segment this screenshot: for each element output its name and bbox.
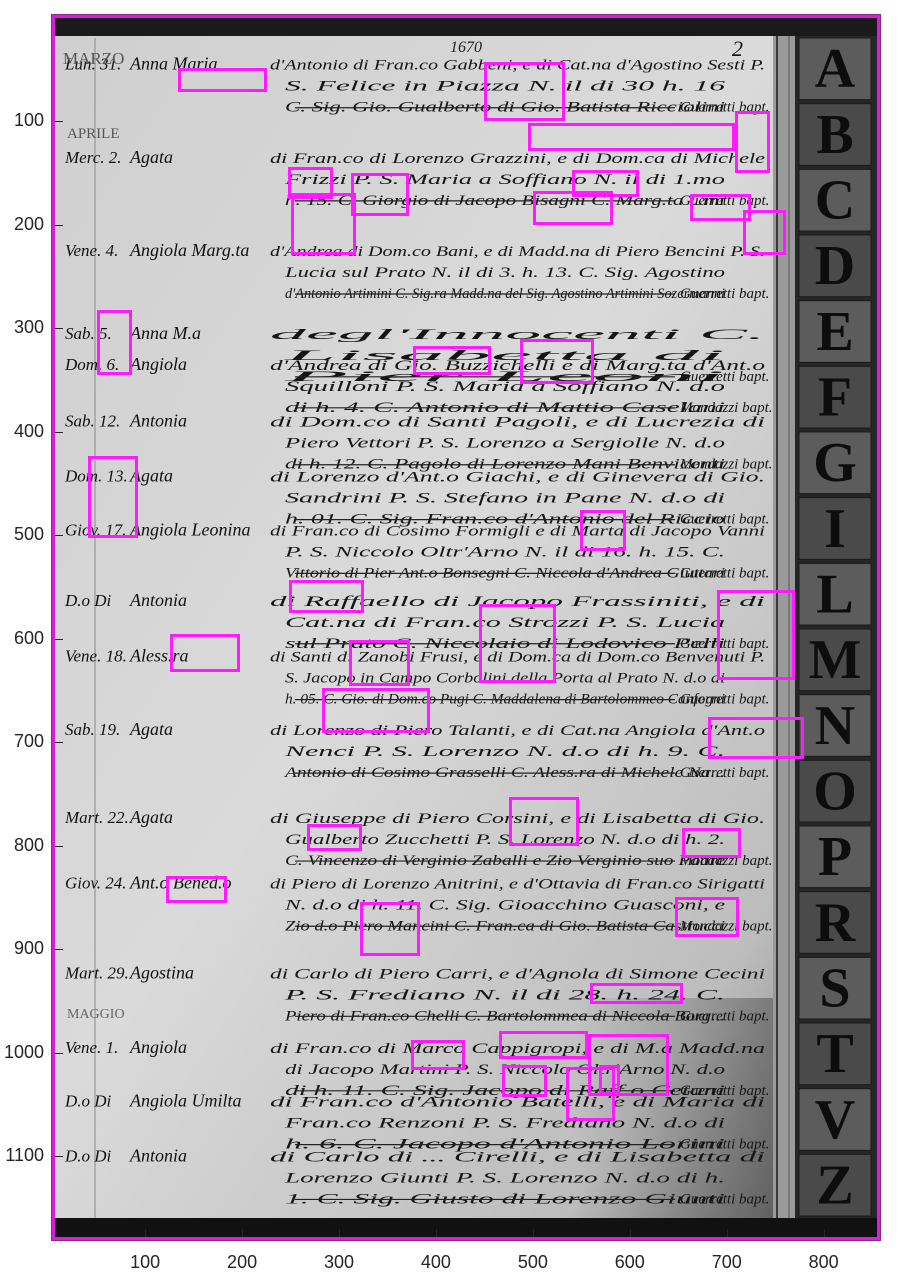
detection-box: [360, 902, 419, 957]
detection-box: [351, 173, 409, 215]
entry-day: Sab. 19.: [65, 720, 120, 739]
y-tick: [55, 1053, 63, 1054]
y-tick-label: 1000: [0, 1042, 44, 1063]
entry-name: Angiola Marg.ta: [129, 240, 249, 260]
x-tick-label: 300: [324, 1252, 354, 1273]
y-tick-label: 1100: [0, 1145, 44, 1166]
detection-box: [502, 1065, 547, 1097]
x-tick-label: 700: [712, 1252, 742, 1273]
x-tick-label: 800: [809, 1252, 839, 1273]
svg-text:1670: 1670: [450, 39, 482, 56]
entry-name: Antonia: [129, 411, 187, 431]
tab-letter-e: E: [816, 301, 853, 363]
y-tick: [55, 639, 63, 640]
entry-name: Angiola: [129, 1037, 187, 1057]
y-tick-label: 400: [0, 421, 44, 442]
x-tick: [145, 1229, 146, 1237]
entry-day: Giov. 24.: [65, 873, 127, 892]
entry-day: D.o Di: [64, 591, 112, 610]
x-tick: [242, 1229, 243, 1237]
x-tick-label: 500: [518, 1252, 548, 1273]
detection-box: [499, 1031, 588, 1059]
svg-text:MARZO: MARZO: [63, 49, 124, 68]
entry-name: Antonia: [129, 1145, 187, 1165]
tab-letter-n: N: [815, 695, 855, 757]
entry-day: Vene. 18.: [65, 647, 127, 666]
tab-letter-p: P: [818, 826, 852, 888]
tab-letter-m: M: [809, 629, 862, 691]
tab-letter-g: G: [813, 432, 857, 494]
detection-box: [675, 897, 740, 936]
entry-text: di Dom.co di Santi Pagoli, e di Lucrezia…: [270, 415, 765, 431]
x-tick: [436, 1229, 437, 1237]
entry-baptizer: Guerretti bapt.: [680, 286, 769, 302]
entry-text: di Lorenzo d'Ant.o Giachi, e di Ginevera…: [270, 470, 765, 486]
y-tick-label: 600: [0, 628, 44, 649]
entry-baptizer: Guerretti bapt.: [680, 565, 769, 581]
detection-box: [682, 828, 741, 858]
entry-name: Agata: [129, 147, 173, 167]
entry-name: Agata: [129, 807, 173, 827]
y-tick: [55, 742, 63, 743]
entry-day: D.o Di: [64, 1092, 112, 1111]
y-tick-label: 800: [0, 835, 44, 856]
detection-box: [170, 634, 240, 672]
entry-name: Angiola: [129, 354, 187, 374]
detection-box: [533, 191, 613, 225]
detection-box: [97, 310, 132, 375]
detection-box: [411, 1040, 465, 1070]
detection-box: [166, 876, 227, 903]
tab-letter-s: S: [819, 958, 850, 1020]
detection-box: [307, 824, 362, 851]
entry-baptizer: Guerretti bapt.: [680, 692, 769, 708]
x-tick-label: 400: [421, 1252, 451, 1273]
entry-text: Piero Vettori P. S. Lorenzo a Sergiolle …: [283, 436, 725, 452]
tab-letter-a: A: [815, 38, 856, 100]
y-tick-label: 900: [0, 938, 44, 959]
detection-box: [590, 983, 683, 1004]
image-axes: ABCDEFGILMNOPRSTVZ Lun. 31.Anna Mariad'A…: [52, 15, 880, 1240]
entry-name: Agostina: [129, 962, 194, 982]
y-tick: [55, 225, 63, 226]
detection-box: [484, 62, 565, 121]
detection-box: [717, 590, 795, 680]
tab-letter-f: F: [818, 367, 852, 429]
detection-box: [580, 510, 627, 550]
tab-letter-v: V: [815, 1089, 855, 1151]
tab-letter-l: L: [816, 564, 853, 626]
entry-text: Lucia sul Prato N. il di 3. h. 13. C. Si…: [283, 265, 725, 281]
entry-text: Lorenzo Giunti P. S. Lorenzo N. d.o di h…: [283, 1170, 725, 1186]
detection-box: [509, 797, 580, 846]
x-tick: [727, 1229, 728, 1237]
detection-box: [289, 580, 365, 613]
svg-text:MAGGIO: MAGGIO: [67, 1007, 125, 1022]
entry-text: Nenci P. S. Lorenzo N. d.o di h. 9. C.: [283, 744, 725, 760]
y-tick-label: 200: [0, 214, 44, 235]
entry-day: Vene. 1.: [65, 1038, 118, 1057]
entry-day: D.o Di: [64, 1146, 112, 1165]
x-tick: [533, 1229, 534, 1237]
y-tick-label: 100: [0, 110, 44, 131]
entry-day: Vene. 4.: [65, 241, 118, 260]
svg-text:2: 2: [732, 36, 743, 61]
entry-baptizer: Guerretti bapt.: [680, 765, 769, 781]
x-tick-label: 100: [130, 1252, 160, 1273]
tab-letter-b: B: [816, 104, 853, 166]
entry-name: Antonia: [129, 590, 187, 610]
entry-day: Sab. 12.: [65, 412, 120, 431]
detection-box: [520, 339, 594, 385]
detection-box: [566, 1067, 615, 1121]
detection-box: [479, 604, 557, 684]
entry-name: Angiola Umilta: [129, 1091, 242, 1111]
detection-box: [413, 346, 492, 375]
tab-letter-z: Z: [816, 1155, 853, 1217]
tab-letter-i: I: [824, 498, 846, 560]
detection-box: [291, 193, 356, 255]
y-tick: [55, 121, 63, 122]
entry-text: di Fran.co di Lorenzo Grazzini, e di Dom…: [270, 151, 765, 167]
entry-text: di Carlo di ... Cirelli, e di Lisabetta …: [270, 1149, 765, 1165]
y-tick: [55, 846, 63, 847]
detection-box: [708, 717, 804, 758]
entry-text: d'Andrea di Gio. Buzzichelli e di Marg.t…: [270, 358, 766, 374]
entry-day: Mart. 29.: [64, 963, 129, 982]
detection-box: [690, 194, 751, 221]
y-tick: [55, 535, 63, 536]
entry-name: Anna M.a: [129, 323, 201, 343]
tab-letter-c: C: [815, 170, 855, 232]
entry-name: Angiola Leonina: [129, 519, 251, 539]
entry-baptizer: Guerretti bapt.: [680, 1008, 769, 1024]
tab-letter-r: R: [815, 892, 856, 954]
detection-box: [735, 111, 771, 173]
entry-baptizer: Mondazzi bapt.: [679, 400, 773, 416]
tab-letter-o: O: [813, 761, 857, 823]
y-tick: [55, 949, 63, 950]
entry-text: di Fran.co di Cosimo Formigli e di Marta…: [270, 523, 765, 539]
detection-box: [528, 123, 734, 151]
y-tick: [55, 328, 63, 329]
entry-text: Squilloni P. S. Maria a Soffiano N. d.o: [285, 379, 726, 395]
svg-text:APRILE: APRILE: [67, 126, 120, 142]
y-tick: [55, 1156, 63, 1157]
y-tick-label: 700: [0, 731, 44, 752]
entry-text: Sandrini P. S. Stefano in Pane N. d.o di: [285, 491, 725, 507]
detection-box: [349, 640, 410, 687]
entry-text: N. d.o di h. 11. C. Sig. Gioacchino Guas…: [283, 897, 725, 913]
entry-text: P. S. Niccolo Oltr'Arno N. il di 16. h. …: [283, 544, 725, 560]
tab-letter-d: D: [815, 235, 855, 297]
y-tick-label: 300: [0, 317, 44, 338]
entry-day: Merc. 2.: [64, 148, 122, 167]
entry-name: Agata: [129, 719, 173, 739]
y-tick-label: 500: [0, 524, 44, 545]
x-tick: [630, 1229, 631, 1237]
entry-day: Mart. 22.: [64, 808, 129, 827]
x-tick: [339, 1229, 340, 1237]
detection-box: [743, 210, 786, 254]
entry-text: di Carlo di Piero Carri, e d'Agnola di S…: [270, 966, 765, 982]
entry-text: degl'Innocenti C.: [270, 327, 765, 343]
entry-text: di Piero di Lorenzo Anitrini, e d'Ottavi…: [270, 876, 765, 892]
y-tick: [55, 432, 63, 433]
tab-letter-t: T: [816, 1023, 853, 1085]
figure: ABCDEFGILMNOPRSTVZ Lun. 31.Anna Mariad'A…: [0, 0, 897, 1282]
x-tick-label: 200: [227, 1252, 257, 1273]
x-tick: [824, 1229, 825, 1237]
entry-text: Fran.co Renzoni P. S. Frediano N. d.o di: [283, 1116, 725, 1132]
detection-box: [88, 456, 138, 539]
x-tick-label: 600: [615, 1252, 645, 1273]
entry-baptizer: Guerretti bapt.: [680, 1191, 769, 1207]
detection-box: [178, 68, 267, 93]
detection-box: [322, 688, 431, 732]
entry-text: Frizzi P. S. Maria a Soffiano N. il di 1…: [283, 172, 726, 188]
